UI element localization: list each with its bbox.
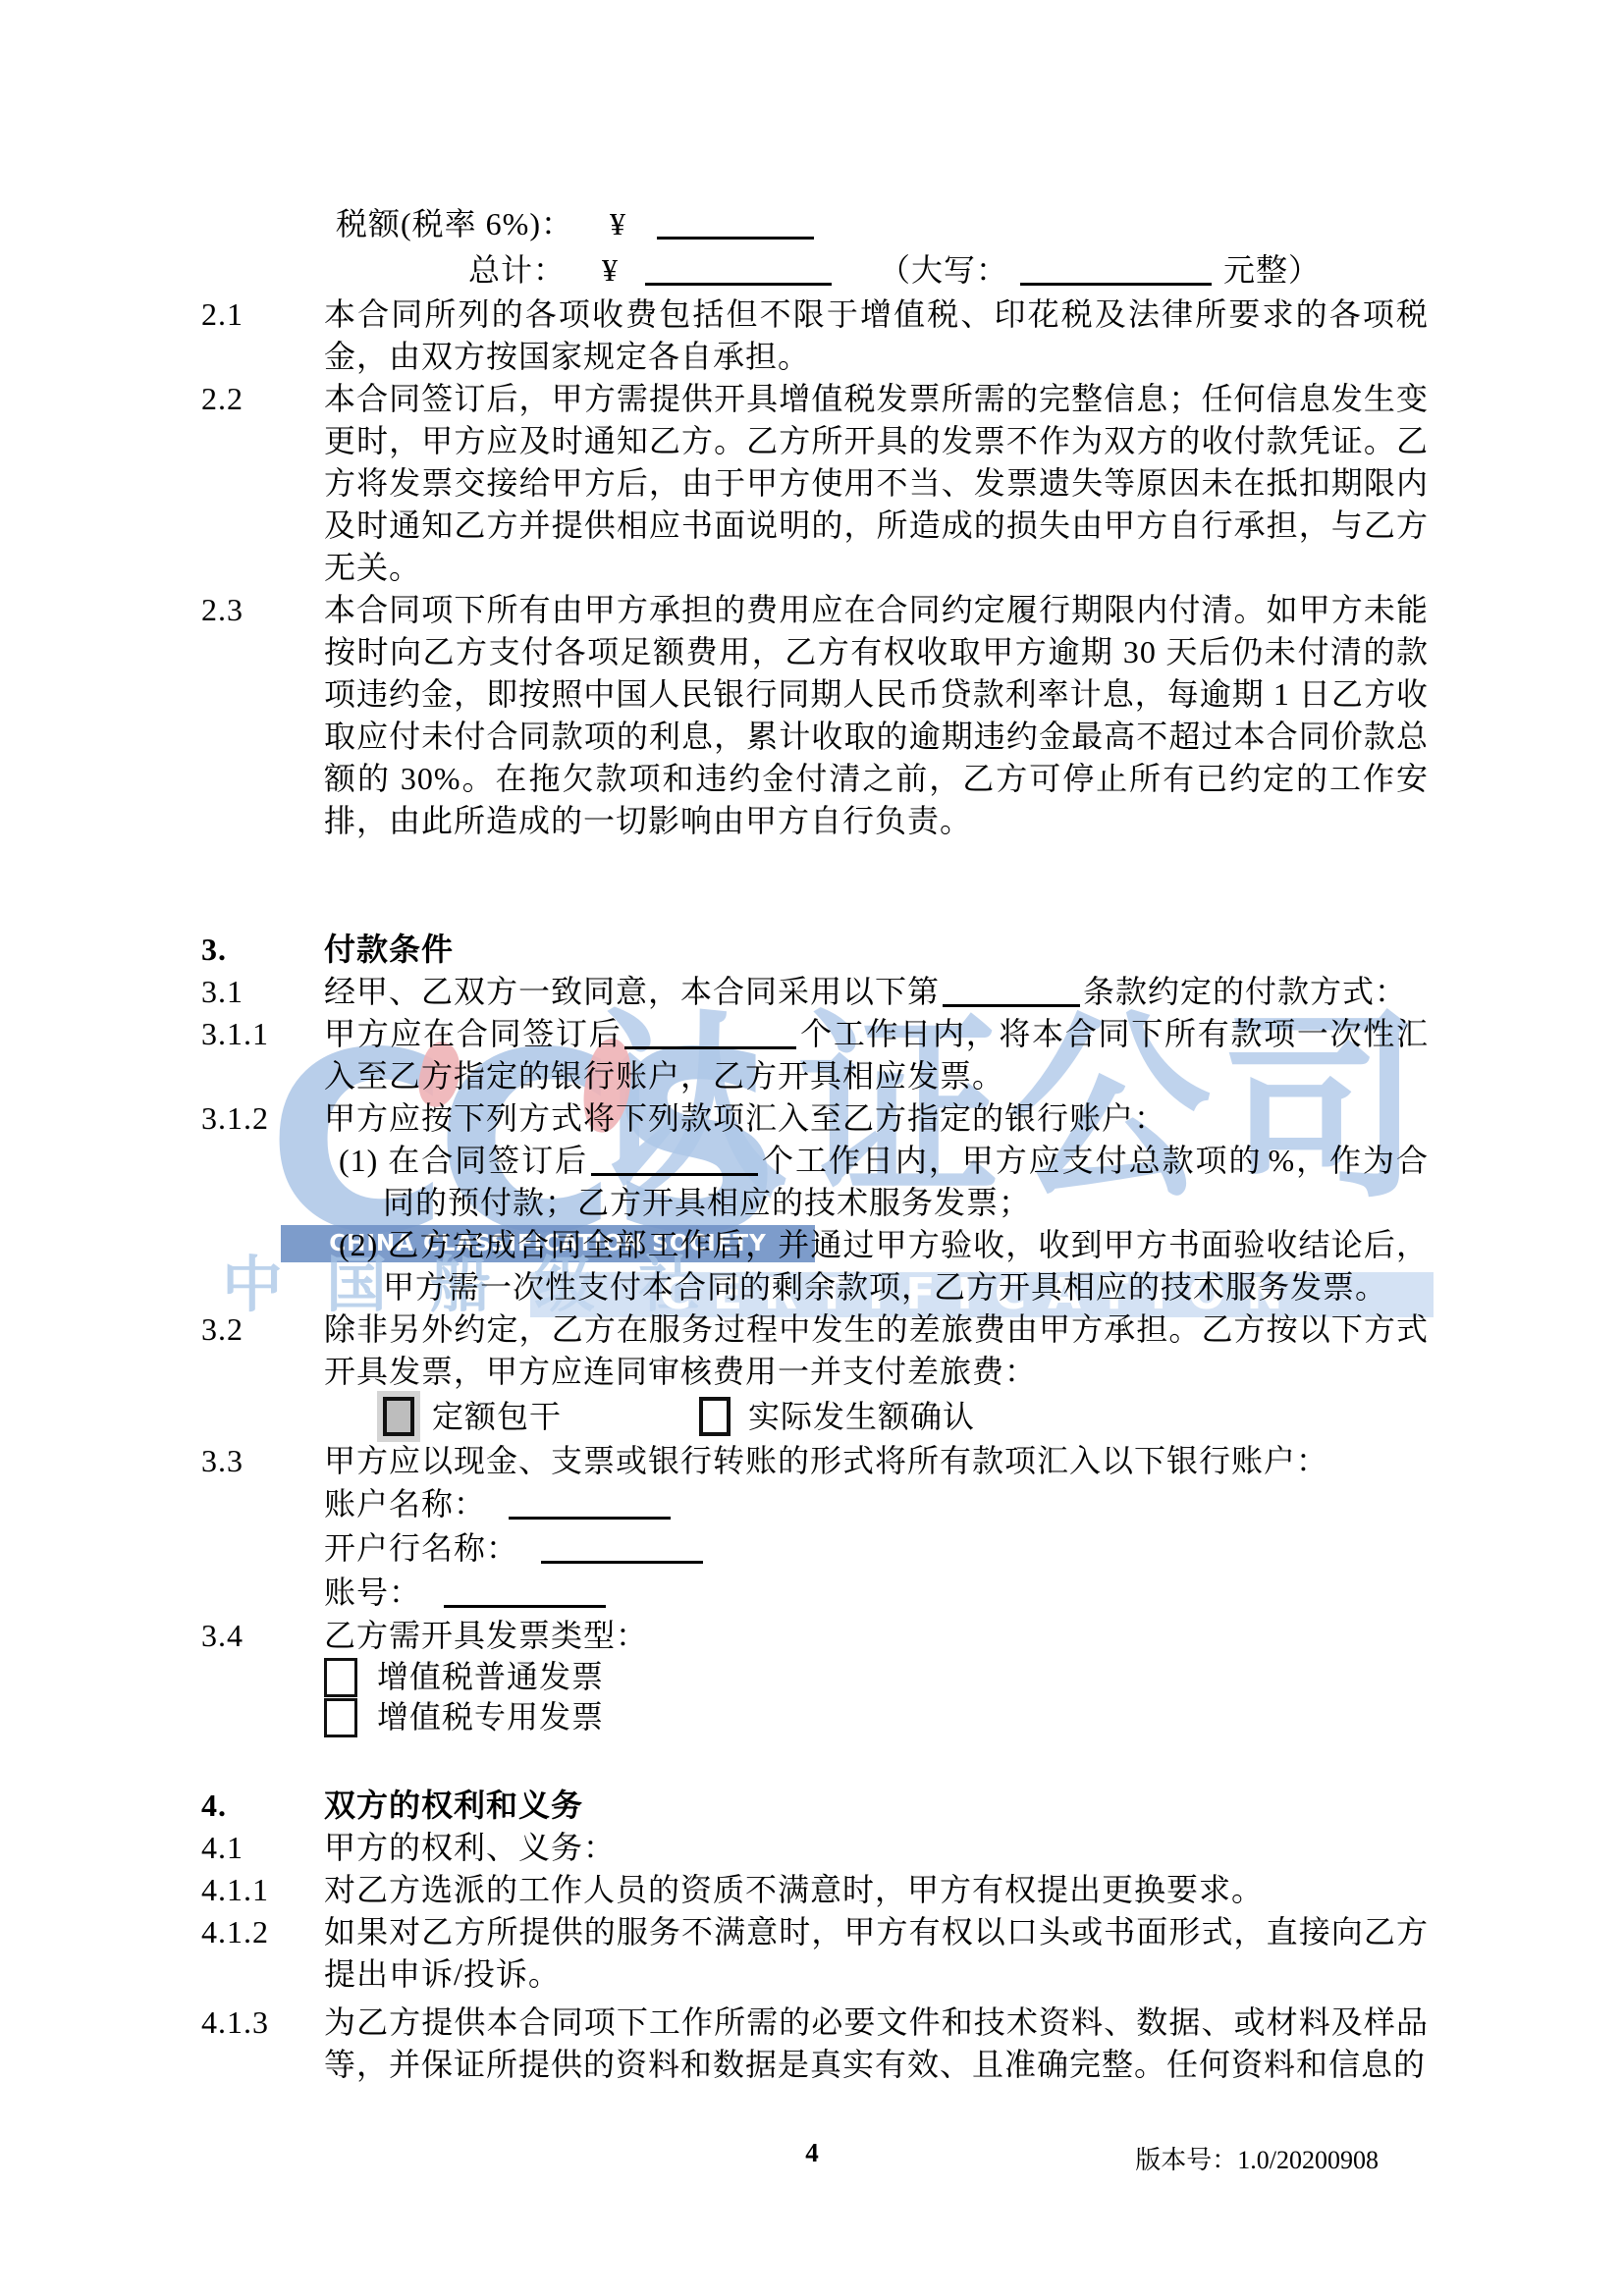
clause-number: 2.2 <box>201 378 324 589</box>
document-body: 税额(税率 6%)： ¥ 总计： ¥ （大写： 元整） 2.1 本合同所列的各项… <box>201 201 1429 2086</box>
clause-text-segment: 甲方应在合同签订后 <box>324 1016 622 1051</box>
amount-in-words-open: （大写： <box>879 252 1008 288</box>
invoice-type-general: 增值税普通发票 <box>324 1657 1429 1697</box>
clause-text: 为乙方提供本合同项下工作所需的必要文件和技术资料、数据、或材料及样品等，并保证所… <box>324 2002 1429 2086</box>
clause-number: 4.1.1 <box>201 1869 324 1911</box>
checkbox-vat-general-invoice <box>324 1658 357 1697</box>
clause-text: 如果对乙方所提供的服务不满意时，甲方有权以口头或书面形式，直接向乙方提出申诉/投… <box>324 1911 1429 1996</box>
clause-2-2: 2.2 本合同签订后，甲方需提供开具增值税发票所需的完整信息；任何信息发生变更时… <box>201 378 1429 589</box>
checkbox-label: 增值税普通发票 <box>377 1656 604 1698</box>
bank-name-field: 开户行名称： <box>324 1526 1429 1571</box>
account-number-blank <box>444 1575 606 1608</box>
tax-currency-symbol: ¥ <box>610 206 626 241</box>
checkbox-actual-amount <box>699 1397 731 1436</box>
clause-4-1-3: 4.1.3 为乙方提供本合同项下工作所需的必要文件和技术资料、数据、或材料及样品… <box>201 2002 1429 2086</box>
section-title: 付款条件 <box>324 929 1429 971</box>
amount-in-words-blank <box>1020 253 1212 286</box>
clause-text: 甲方应按下列方式将下列款项汇入至乙方指定的银行账户： (1) 在合同签订后个工作… <box>324 1097 1429 1308</box>
clause-number: 4.1.3 <box>201 2002 324 2086</box>
clause-number: 4.1 <box>201 1827 324 1869</box>
clause-number: 3.3 <box>201 1440 324 1615</box>
working-days-blank <box>591 1144 758 1176</box>
clause-text: 甲方的权利、义务： <box>324 1827 1429 1869</box>
clause-3-4: 3.4 乙方需开具发票类型： 增值税普通发票 增值税专用发票 <box>201 1615 1429 1737</box>
checkbox-vat-special-invoice <box>324 1698 357 1737</box>
clause-4-1-2: 4.1.2 如果对乙方所提供的服务不满意时，甲方有权以口头或书面形式，直接向乙方… <box>201 1911 1429 1996</box>
clause-text: 对乙方选派的工作人员的资质不满意时，甲方有权提出更换要求。 <box>324 1869 1429 1911</box>
account-name-blank <box>509 1487 671 1520</box>
clause-number: 3.2 <box>201 1308 324 1440</box>
clause-number: 2.1 <box>201 294 324 378</box>
clause-text: 本合同签订后，甲方需提供开具增值税发票所需的完整信息；任何信息发生变更时，甲方应… <box>324 378 1429 589</box>
contract-page: 认证公司 CCS CHINA CLASSIFICATION SOCIETY 中国… <box>0 0 1624 2296</box>
account-name-field: 账户名称： <box>324 1482 1429 1526</box>
clause-text: 除非另外约定，乙方在服务过程中发生的差旅费由甲方承担。乙方按以下方式开具发票，甲… <box>324 1308 1429 1440</box>
clause-number: 3.4 <box>201 1615 324 1737</box>
clause-number: 3.1 <box>201 971 324 1013</box>
clause-text: 甲方应以现金、支票或银行转账的形式将所有款项汇入以下银行账户： 账户名称： 开户… <box>324 1440 1429 1615</box>
clause-text: 乙方需开具发票类型： 增值税普通发票 增值税专用发票 <box>324 1615 1429 1737</box>
sub-item-marker: (2) <box>339 1227 378 1262</box>
option-actual-amount: 实际发生额确认 <box>699 1396 975 1438</box>
checkbox-lump-sum <box>383 1397 414 1436</box>
total-label: 总计： <box>468 252 566 288</box>
sub-item-2: (2) 乙方完成合同全部工作后，并通过甲方验收，收到甲方书面验收结论后，甲方需一… <box>339 1224 1429 1308</box>
clause-text-segment: 经甲、乙双方一致同意，本合同采用以下第 <box>324 974 940 1009</box>
checkbox-label: 实际发生额确认 <box>748 1396 975 1438</box>
bank-name-blank <box>541 1531 703 1564</box>
clause-3-3: 3.3 甲方应以现金、支票或银行转账的形式将所有款项汇入以下银行账户： 账户名称… <box>201 1440 1429 1615</box>
working-days-blank <box>624 1017 796 1049</box>
page-number: 4 <box>0 2138 1624 2168</box>
tax-amount-line: 税额(税率 6%)： ¥ <box>336 201 1429 247</box>
clause-number: 2.3 <box>201 589 324 842</box>
clause-text-segment: 乙方需开具发票类型： <box>324 1615 1429 1657</box>
clause-number: 3.1.2 <box>201 1097 324 1308</box>
clause-text-segment: 条款约定的付款方式： <box>1083 974 1407 1009</box>
checkbox-label: 增值税专用发票 <box>377 1696 604 1738</box>
clause-2-3: 2.3 本合同项下所有由甲方承担的费用应在合同约定履行期限内付清。如甲方未能按时… <box>201 589 1429 842</box>
account-number-field: 账号： <box>324 1571 1429 1615</box>
clause-text-segment: 个工作日内，甲方应支付总款项的 <box>761 1143 1262 1178</box>
section-4-heading: 4. 双方的权利和义务 <box>201 1785 1429 1827</box>
tax-label: 税额(税率 6%)： <box>336 206 573 241</box>
clause-4-1: 4.1 甲方的权利、义务： <box>201 1827 1429 1869</box>
clause-number: 3.1.1 <box>201 1013 324 1097</box>
clause-number: 4.1.2 <box>201 1911 324 1996</box>
tax-amount-blank <box>657 207 814 240</box>
clause-text: 本合同项下所有由甲方承担的费用应在合同约定履行期限内付清。如甲方未能按时向乙方支… <box>324 589 1429 842</box>
clause-text-segment: 甲方应按下列方式将下列款项汇入至乙方指定的银行账户： <box>324 1097 1429 1140</box>
clause-3-1: 3.1 经甲、乙双方一致同意，本合同采用以下第条款约定的付款方式： <box>201 971 1429 1013</box>
version-number: 版本号：1.0/20200908 <box>1135 2140 1379 2176</box>
option-lump-sum: 定额包干 <box>383 1396 562 1438</box>
sub-item-1: (1) 在合同签订后个工作日内，甲方应支付总款项的%，作为合同的预付款；乙方开具… <box>339 1140 1429 1224</box>
clause-text-segment: 乙方完成合同全部工作后，并通过甲方验收，收到甲方书面验收结论后，甲方需一次性支付… <box>383 1227 1429 1305</box>
clause-3-1-1: 3.1.1 甲方应在合同签订后个工作日内，将本合同下所有款项一次性汇入至乙方指定… <box>201 1013 1429 1097</box>
field-label: 开户行名称： <box>324 1530 518 1566</box>
checkbox-label: 定额包干 <box>432 1396 562 1438</box>
total-amount-line: 总计： ¥ （大写： 元整） <box>468 247 1429 294</box>
clause-text-segment: 除非另外约定，乙方在服务过程中发生的差旅费由甲方承担。乙方按以下方式开具发票，甲… <box>324 1308 1429 1393</box>
total-currency-symbol: ¥ <box>602 252 619 288</box>
section-title: 双方的权利和义务 <box>324 1785 1429 1827</box>
clause-text-segment: 甲方应以现金、支票或银行转账的形式将所有款项汇入以下银行账户： <box>324 1440 1429 1482</box>
field-label: 账户名称： <box>324 1486 486 1522</box>
clause-2-1: 2.1 本合同所列的各项收费包括但不限于增值税、印花税及法律所要求的各项税金，由… <box>201 294 1429 378</box>
section-3-heading: 3. 付款条件 <box>201 929 1429 971</box>
total-amount-blank <box>645 253 832 286</box>
clause-text: 经甲、乙双方一致同意，本合同采用以下第条款约定的付款方式： <box>324 971 1429 1013</box>
payment-clause-blank <box>943 975 1080 1007</box>
field-label: 账号： <box>324 1575 421 1610</box>
clause-3-2: 3.2 除非另外约定，乙方在服务过程中发生的差旅费由甲方承担。乙方按以下方式开具… <box>201 1308 1429 1440</box>
clause-4-1-1: 4.1.1 对乙方选派的工作人员的资质不满意时，甲方有权提出更换要求。 <box>201 1869 1429 1911</box>
travel-expense-options: 定额包干 实际发生额确认 <box>383 1393 1429 1440</box>
section-number: 3. <box>201 929 324 971</box>
amount-in-words-close: 元整） <box>1223 252 1321 288</box>
clause-text-segment: 在合同签订后 <box>388 1143 588 1178</box>
sub-item-marker: (1) <box>339 1143 378 1178</box>
clause-3-1-2: 3.1.2 甲方应按下列方式将下列款项汇入至乙方指定的银行账户： (1) 在合同… <box>201 1097 1429 1308</box>
invoice-type-special: 增值税专用发票 <box>324 1697 1429 1737</box>
clause-text: 本合同所列的各项收费包括但不限于增值税、印花税及法律所要求的各项税金，由双方按国… <box>324 294 1429 378</box>
section-number: 4. <box>201 1785 324 1827</box>
clause-text: 甲方应在合同签订后个工作日内，将本合同下所有款项一次性汇入至乙方指定的银行账户，… <box>324 1013 1429 1097</box>
